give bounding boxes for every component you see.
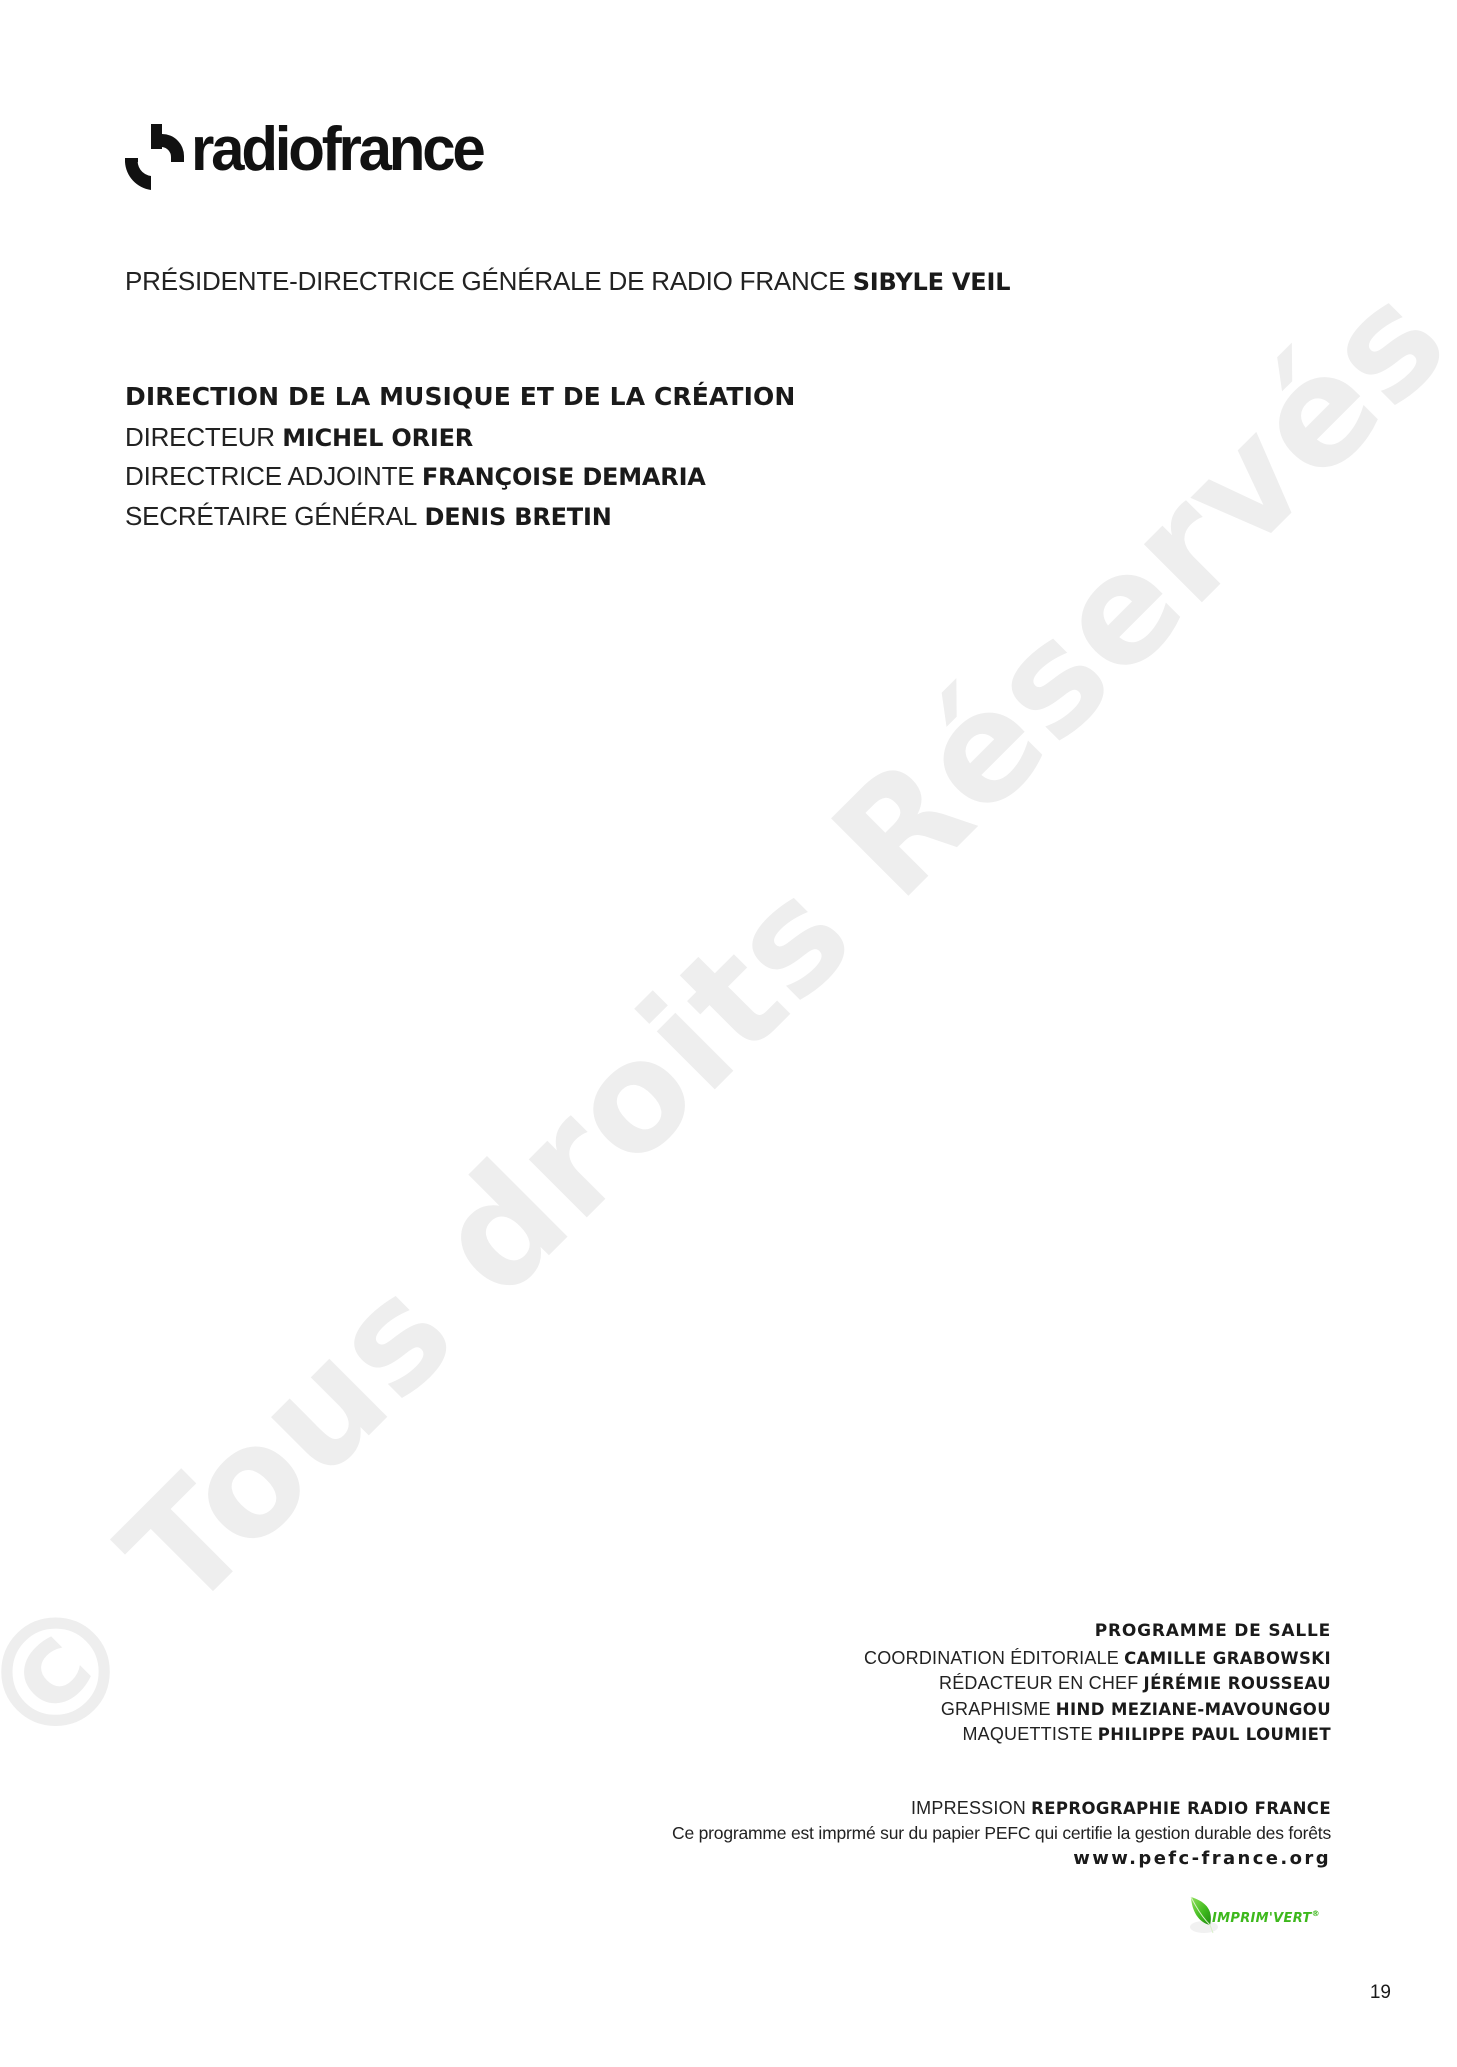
credit-name: CAMILLE GRABOWSKI <box>1124 1649 1331 1668</box>
printing-name: REPROGRAPHIE RADIO FRANCE <box>1031 1799 1331 1818</box>
credit-role: MAQUETTISTE <box>962 1724 1092 1744</box>
member-role: DIRECTRICE ADJOINTE <box>125 461 414 491</box>
colophon-heading: PROGRAMME DE SALLE <box>864 1623 1331 1649</box>
credit-role: COORDINATION ÉDITORIALE <box>864 1648 1119 1668</box>
member-name: DENIS BRETIN <box>424 503 611 531</box>
member-name: FRANÇOISE DEMARIA <box>422 463 706 491</box>
member-role: DIRECTEUR <box>125 422 275 452</box>
pefc-note: Ce programme est imprmé sur du papier PE… <box>672 1825 1331 1851</box>
credit-line: COORDINATION ÉDITORIALE CAMILLE GRABOWSK… <box>864 1649 1331 1675</box>
credit-role: GRAPHISME <box>941 1699 1051 1719</box>
credit-role: RÉDACTEUR EN CHEF <box>939 1673 1138 1693</box>
radio-france-logo-mark-icon <box>125 124 185 190</box>
member-role: SECRÉTAIRE GÉNÉRAL <box>125 501 417 531</box>
direction-member: DIRECTEUR MICHEL ORIER <box>125 424 473 450</box>
credit-name: PHILIPPE PAUL LOUMIET <box>1098 1725 1331 1744</box>
radio-france-wordmark: radiofrance <box>191 118 483 180</box>
imprim-vert-badge: IMPRIM'VERT® <box>1186 1895 1336 1937</box>
credit-name: HIND MEZIANE-MAVOUNGOU <box>1056 1700 1331 1719</box>
direction-member: SECRÉTAIRE GÉNÉRAL DENIS BRETIN <box>125 503 612 529</box>
imprim-vert-text: IMPRIM'VERT <box>1212 1911 1312 1926</box>
printing-role: IMPRESSION <box>911 1798 1026 1818</box>
president-role: PRÉSIDENTE-DIRECTRICE GÉNÉRALE DE RADIO … <box>125 266 845 296</box>
trademark-symbol: ® <box>1312 1909 1320 1918</box>
colophon-credits: PROGRAMME DE SALLE COORDINATION ÉDITORIA… <box>864 1623 1331 1751</box>
credit-name: JÉRÉMIE ROUSSEAU <box>1144 1674 1331 1693</box>
imprim-vert-label: IMPRIM'VERT® <box>1212 1911 1320 1926</box>
radio-france-logo: radiofrance <box>125 124 483 192</box>
president-name: SIBYLE VEIL <box>853 268 1011 296</box>
page-number: 19 <box>1370 1982 1391 2004</box>
direction-heading: DIRECTION DE LA MUSIQUE ET DE LA CRÉATIO… <box>125 384 795 409</box>
printing-line: IMPRESSION REPROGRAPHIE RADIO FRANCE <box>672 1799 1331 1825</box>
pefc-link[interactable]: www.pefc-france.org <box>672 1850 1331 1876</box>
direction-member: DIRECTRICE ADJOINTE FRANÇOISE DEMARIA <box>125 463 706 489</box>
member-name: MICHEL ORIER <box>282 424 473 452</box>
credit-line: RÉDACTEUR EN CHEF JÉRÉMIE ROUSSEAU <box>864 1674 1331 1700</box>
colophon-printing: IMPRESSION REPROGRAPHIE RADIO FRANCE Ce … <box>672 1799 1331 1876</box>
president-line: PRÉSIDENTE-DIRECTRICE GÉNÉRALE DE RADIO … <box>125 268 1010 294</box>
credit-line: GRAPHISME HIND MEZIANE-MAVOUNGOU <box>864 1700 1331 1726</box>
credit-line: MAQUETTISTE PHILIPPE PAUL LOUMIET <box>864 1725 1331 1751</box>
